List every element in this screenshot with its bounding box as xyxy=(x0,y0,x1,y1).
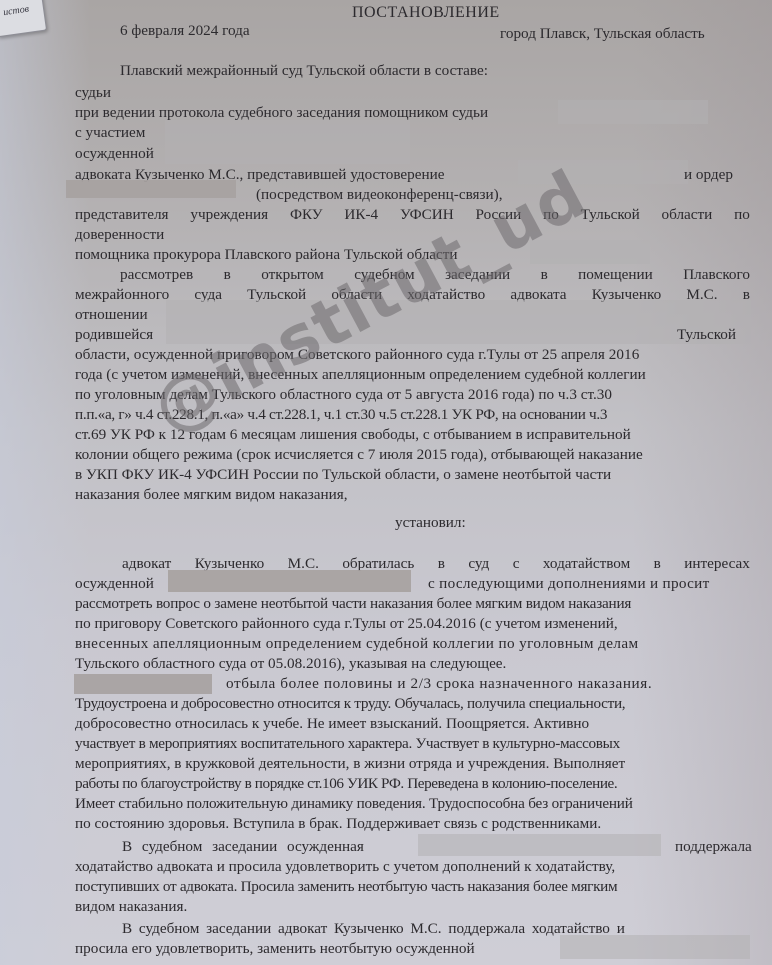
body-p4-line-1: В судебном заседании адвокат Кузыченко М… xyxy=(122,920,625,938)
body-p3-line-4: видом наказания. xyxy=(75,898,187,916)
body-p1-line-2-left: осужденной xyxy=(75,575,154,593)
considering-line-5: области, осужденной приговором Советског… xyxy=(75,346,639,364)
considering-line-11: в УКП ФКУ ИК-4 УФСИН России по Тульской … xyxy=(75,466,611,484)
body-p2-line-2: Трудоустроена и добросовестно относится … xyxy=(75,695,625,713)
body-p1-line-6: Тульского областного суда от 05.08.2016)… xyxy=(75,655,506,673)
participation-label: с участием xyxy=(75,124,145,142)
document-title: ПОСТАНОВЛЕНИЕ xyxy=(352,4,500,22)
court-composition: Плавский межрайонный суд Тульской област… xyxy=(120,62,488,80)
body-p2-line-6: работы по благоустройству в порядке ст.1… xyxy=(75,775,617,793)
judge-label: судьи xyxy=(75,84,111,102)
redacted-block xyxy=(418,834,661,856)
considering-line-1: рассмотреввоткрытомсудебномзаседаниивпом… xyxy=(120,266,750,284)
prosecutor-line: помощника прокурора Плавского района Тул… xyxy=(75,246,458,264)
body-p4-line-2: просила его удовлетворить, заменить неот… xyxy=(75,940,475,958)
redacted-block xyxy=(74,674,212,694)
body-p2-line-3: добросовестно относилась к учебе. Не име… xyxy=(75,715,589,733)
body-p2-line-8: по состоянию здоровья. Вступила в брак. … xyxy=(75,815,601,833)
considering-line-10: колонии общего режима (срок исчисляется … xyxy=(75,446,643,464)
body-p1-line-3: рассмотреть вопрос о замене неотбытой ча… xyxy=(75,595,631,613)
body-p3-line-1-right: поддержала xyxy=(675,838,752,856)
power-of-attorney-label: доверенности xyxy=(75,226,164,244)
body-p2-line-5: мероприятиях, в кружковой деятельности, … xyxy=(75,755,625,773)
considering-line-7: по уголовным делам Тульского областного … xyxy=(75,386,612,404)
redacted-block xyxy=(560,935,750,959)
body-p2-line-7: Имеет стабильно положительную динамику п… xyxy=(75,795,633,813)
body-p2-line-1: отбыла более половины и 2/3 срока назнач… xyxy=(226,675,652,693)
order-label: и ордер xyxy=(684,166,733,184)
video-conference-note: (посредством видеоконференц-связи), xyxy=(256,186,503,204)
redacted-block xyxy=(558,100,708,124)
convicted-label: осужденной xyxy=(75,145,154,163)
body-p1-line-4: по приговору Советского районного суда г… xyxy=(75,615,618,633)
considering-line-4-right: Тульской xyxy=(677,326,736,344)
considering-line-12: наказания более мягким видом наказания, xyxy=(75,486,348,504)
paper-sticker: истов xyxy=(0,0,47,37)
considering-line-8: п.п.«а, г» ч.4 ст.228.1, п.«а» ч.4 ст.22… xyxy=(75,406,607,424)
body-p3-line-3: поступивших от адвоката. Просила заменит… xyxy=(75,878,617,896)
sticker-text: истов xyxy=(2,4,29,19)
lighting-right xyxy=(632,0,772,965)
considering-line-9: ст.69 УК РФ к 12 годам 6 месяцам лишения… xyxy=(75,426,631,444)
body-p1-line-2-right: с последующими дополнениями и просит xyxy=(428,575,710,593)
body-p3-line-2: ходатайство адвоката и просила удовлетво… xyxy=(75,858,615,876)
redacted-block xyxy=(518,160,688,184)
body-p3-line-1-left: В судебном заседании осужденная xyxy=(122,838,364,856)
document-place: город Плавск, Тульская область xyxy=(500,25,705,43)
body-p2-line-4: участвует в мероприятиях воспитательного… xyxy=(75,735,620,753)
redacted-block xyxy=(165,120,410,164)
redacted-block xyxy=(168,570,411,592)
body-p1-line-5: внесенных апелляционным определением суд… xyxy=(75,635,639,653)
considering-line-4-left: родившейся xyxy=(75,326,153,344)
document-date: 6 февраля 2024 года xyxy=(120,22,250,40)
considering-line-3: отношении xyxy=(75,306,148,324)
redacted-block xyxy=(166,300,751,344)
representative-line: представителяучрежденияФКУИК-4УФСИНРосси… xyxy=(75,206,750,224)
considering-line-6: года (с учетом изменений, внесенных апел… xyxy=(75,366,646,384)
redacted-block xyxy=(530,240,650,264)
established-heading: установил: xyxy=(395,514,466,532)
redacted-block xyxy=(66,180,236,198)
